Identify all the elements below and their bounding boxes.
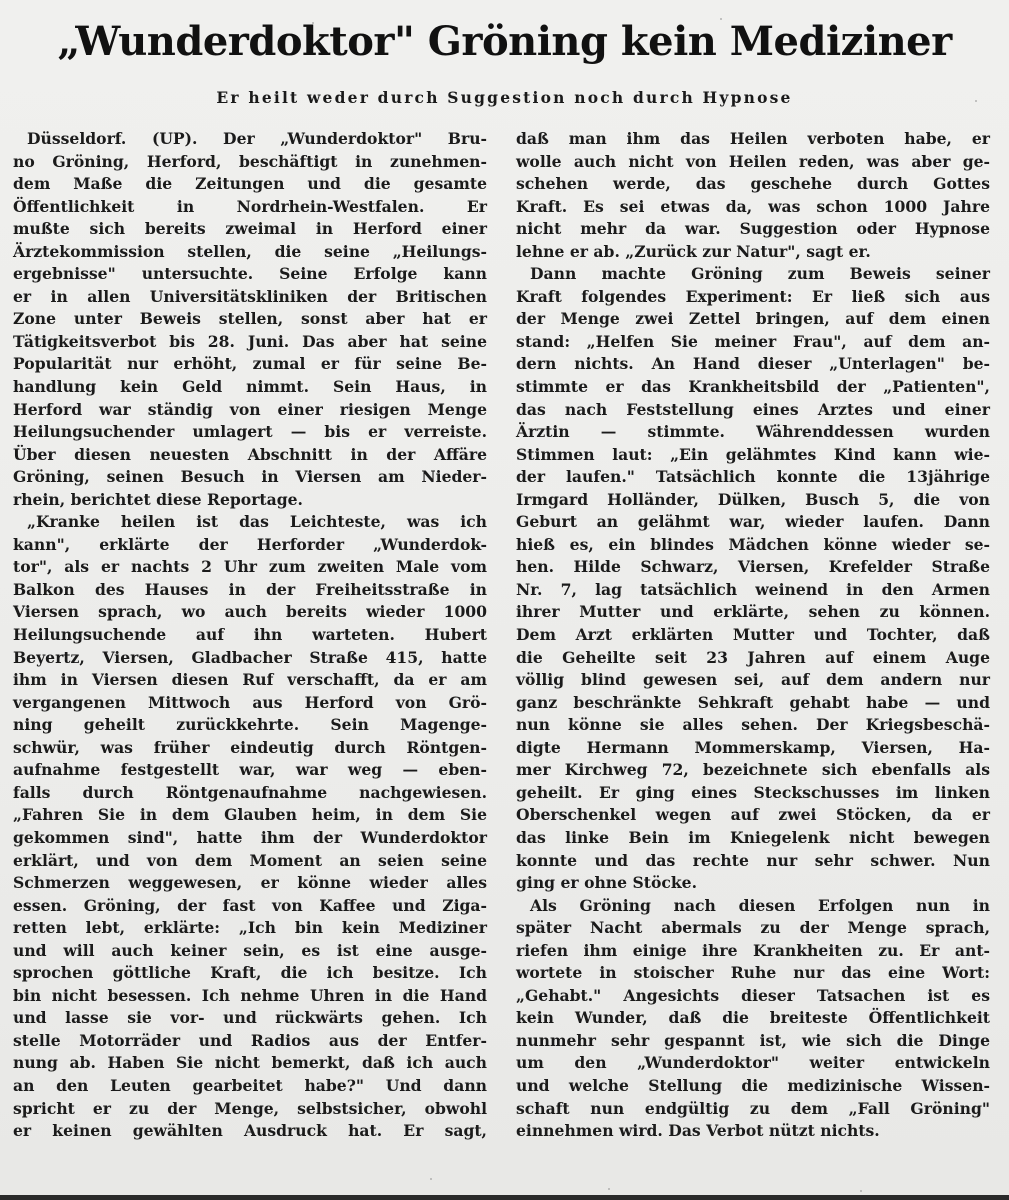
text-line: no Gröning, Herford, beschäftigt in zune… bbox=[13, 151, 487, 174]
text-line: falls durch Röntgenaufnahme nachgewiesen… bbox=[13, 782, 487, 805]
text-line: geheilt. Er ging eines Steckschusses im … bbox=[516, 782, 990, 805]
text-line: schwür, was früher eindeutig durch Röntg… bbox=[13, 737, 487, 760]
text-line: dern nichts. An Hand dieser „Unterlagen"… bbox=[516, 353, 990, 376]
text-line: Kraft. Es sei etwas da, was schon 1000 J… bbox=[516, 196, 990, 219]
scan-edge bbox=[0, 1195, 1009, 1200]
text-line: Nr. 7, lag tatsächlich weinend in den Ar… bbox=[516, 579, 990, 602]
text-line: sprochen göttliche Kraft, die ich besitz… bbox=[13, 962, 487, 985]
text-line: Über diesen neuesten Abschnitt in der Af… bbox=[13, 444, 487, 467]
text-line: daß man ihm das Heilen verboten habe, er bbox=[516, 128, 990, 151]
text-line: nung ab. Haben Sie nicht bemerkt, daß ic… bbox=[13, 1052, 487, 1075]
text-line: vergangenen Mittwoch aus Herford von Grö… bbox=[13, 692, 487, 715]
text-line: handlung kein Geld nimmt. Sein Haus, in bbox=[13, 376, 487, 399]
print-speck bbox=[312, 22, 314, 24]
print-speck bbox=[720, 18, 722, 20]
article-column-right: daß man ihm das Heilen verboten habe, er… bbox=[516, 128, 990, 1143]
text-line: lehne er ab. „Zurück zur Natur", sagt er… bbox=[516, 241, 990, 264]
text-line: Zone unter Beweis stellen, sonst aber ha… bbox=[13, 308, 487, 331]
text-line: hen. Hilde Schwarz, Viersen, Krefelder S… bbox=[516, 556, 990, 579]
text-line: Balkon des Hauses in der Freiheitsstraße… bbox=[13, 579, 487, 602]
print-speck bbox=[27, 160, 29, 162]
text-line: digte Hermann Mommerskamp, Viersen, Ha- bbox=[516, 737, 990, 760]
text-line: einnehmen wird. Das Verbot nützt nichts. bbox=[516, 1120, 990, 1143]
text-line: Geburt an gelähmt war, wieder laufen. Da… bbox=[516, 511, 990, 534]
text-line: „Gehabt." Angesichts dieser Tatsachen is… bbox=[516, 985, 990, 1008]
text-line: Viersen sprach, wo auch bereits wieder 1… bbox=[13, 601, 487, 624]
text-line: nicht mehr da war. Suggestion oder Hypno… bbox=[516, 218, 990, 241]
text-line: essen. Gröning, der fast von Kaffee und … bbox=[13, 895, 487, 918]
text-line: Kraft folgendes Experiment: Er ließ sich… bbox=[516, 286, 990, 309]
text-line: kein Wunder, daß die breiteste Öffentlic… bbox=[516, 1007, 990, 1030]
text-line: Düsseldorf. (UP). Der „Wunderdoktor" Bru… bbox=[13, 128, 487, 151]
print-speck bbox=[860, 1190, 862, 1192]
text-line: Popularität nur erhöht, zumal er für sei… bbox=[13, 353, 487, 376]
text-line: dem Maße die Zeitungen und die gesamte bbox=[13, 173, 487, 196]
text-line: stand: „Helfen Sie meiner Frau", auf dem… bbox=[516, 331, 990, 354]
text-line: retten lebt, erklärte: „Ich bin kein Med… bbox=[13, 917, 487, 940]
text-line: wolle auch nicht von Heilen reden, was a… bbox=[516, 151, 990, 174]
text-line: Irmgard Holländer, Dülken, Busch 5, die … bbox=[516, 489, 990, 512]
text-line: nun könne sie alles sehen. Der Kriegsbes… bbox=[516, 714, 990, 737]
text-line: Stimmen laut: „Ein gelähmtes Kind kann w… bbox=[516, 444, 990, 467]
text-line: „Kranke heilen ist das Leichteste, was i… bbox=[13, 511, 487, 534]
text-line: spricht er zu der Menge, selbstsicher, o… bbox=[13, 1098, 487, 1121]
text-line: ihrer Mutter und erklärte, sehen zu könn… bbox=[516, 601, 990, 624]
text-line: und welche Stellung die medizinische Wis… bbox=[516, 1075, 990, 1098]
text-line: der laufen." Tatsächlich konnte die 13jä… bbox=[516, 466, 990, 489]
text-line: der Menge zwei Zettel bringen, auf dem e… bbox=[516, 308, 990, 331]
text-line: die Geheilte seit 23 Jahren auf einem Au… bbox=[516, 647, 990, 670]
text-line: „Fahren Sie in dem Glauben heim, in dem … bbox=[13, 804, 487, 827]
text-line: Heilungsuchender umlagert — bis er verre… bbox=[13, 421, 487, 444]
article-column-left: Düsseldorf. (UP). Der „Wunderdoktor" Bru… bbox=[13, 128, 487, 1143]
text-line: Beyertz, Viersen, Gladbacher Straße 415,… bbox=[13, 647, 487, 670]
text-line: schaft nun endgültig zu dem „Fall Grönin… bbox=[516, 1098, 990, 1121]
text-line: Ärztin — stimmte. Währenddessen wurden bbox=[516, 421, 990, 444]
text-line: Heilungsuchende auf ihn warteten. Hubert bbox=[13, 624, 487, 647]
text-line: mer Kirchweg 72, bezeichnete sich ebenfa… bbox=[516, 759, 990, 782]
text-line: kann", erklärte der Herforder „Wunderdok… bbox=[13, 534, 487, 557]
text-line: wortete in stoischer Ruhe nur das eine W… bbox=[516, 962, 990, 985]
print-speck bbox=[608, 1188, 610, 1190]
text-line: um den „Wunderdoktor" weiter entwickeln bbox=[516, 1052, 990, 1075]
text-line: Schmerzen weggewesen, er könne wieder al… bbox=[13, 872, 487, 895]
text-line: Dann machte Gröning zum Beweis seiner bbox=[516, 263, 990, 286]
text-line: aufnahme festgestellt war, war weg — ebe… bbox=[13, 759, 487, 782]
text-line: völlig blind gewesen sei, auf dem andern… bbox=[516, 669, 990, 692]
text-line: tor", als er nachts 2 Uhr zum zweiten Ma… bbox=[13, 556, 487, 579]
text-line: nunmehr sehr gespannt ist, wie sich die … bbox=[516, 1030, 990, 1053]
text-line: rhein, berichtet diese Reportage. bbox=[13, 489, 487, 512]
text-line: er keinen gewählten Ausdruck hat. Er sag… bbox=[13, 1120, 487, 1143]
text-line: später Nacht abermals zu der Menge sprac… bbox=[516, 917, 990, 940]
article-headline: „Wunderdoktor" Gröning kein Mediziner bbox=[0, 18, 1009, 65]
text-line: und will auch keiner sein, es ist eine a… bbox=[13, 940, 487, 963]
text-line: riefen ihm einige ihre Krankheiten zu. E… bbox=[516, 940, 990, 963]
text-line: das nach Feststellung eines Arztes und e… bbox=[516, 399, 990, 422]
text-line: hieß es, ein blindes Mädchen könne wiede… bbox=[516, 534, 990, 557]
text-line: ihm in Viersen diesen Ruf verschafft, da… bbox=[13, 669, 487, 692]
text-line: Dem Arzt erklärten Mutter und Tochter, d… bbox=[516, 624, 990, 647]
text-line: gekommen sind", hatte ihm der Wunderdokt… bbox=[13, 827, 487, 850]
text-line: Als Gröning nach diesen Erfolgen nun in bbox=[516, 895, 990, 918]
text-line: ergebnisse" untersuchte. Seine Erfolge k… bbox=[13, 263, 487, 286]
text-line: und lasse sie vor- und rückwärts gehen. … bbox=[13, 1007, 487, 1030]
newspaper-clipping: „Wunderdoktor" Gröning kein Mediziner Er… bbox=[0, 0, 1009, 1200]
print-speck bbox=[975, 100, 977, 102]
text-line: konnte und das rechte nur sehr schwer. N… bbox=[516, 850, 990, 873]
text-line: Herford war ständig von einer riesigen M… bbox=[13, 399, 487, 422]
text-line: ganz beschränkte Sehkraft gehabt habe — … bbox=[516, 692, 990, 715]
text-line: Oberschenkel wegen auf zwei Stöcken, da … bbox=[516, 804, 990, 827]
text-line: Ärztekommission stellen, die seine „Heil… bbox=[13, 241, 487, 264]
text-line: er in allen Universitätskliniken der Bri… bbox=[13, 286, 487, 309]
text-line: Gröning, seinen Besuch in Viersen am Nie… bbox=[13, 466, 487, 489]
text-line: ning geheilt zurückkehrte. Sein Magenge- bbox=[13, 714, 487, 737]
text-line: stimmte er das Krankheitsbild der „Patie… bbox=[516, 376, 990, 399]
text-line: bin nicht besessen. Ich nehme Uhren in d… bbox=[13, 985, 487, 1008]
text-line: an den Leuten gearbeitet habe?" Und dann bbox=[13, 1075, 487, 1098]
text-line: Öffentlichkeit in Nordrhein-Westfalen. E… bbox=[13, 196, 487, 219]
text-line: schehen werde, das geschehe durch Gottes bbox=[516, 173, 990, 196]
text-line: stelle Motorräder und Radios aus der Ent… bbox=[13, 1030, 487, 1053]
text-line: erklärt, und von dem Moment an seien sei… bbox=[13, 850, 487, 873]
print-speck bbox=[430, 1178, 432, 1180]
text-line: mußte sich bereits zweimal in Herford ei… bbox=[13, 218, 487, 241]
text-line: das linke Bein im Kniegelenk nicht beweg… bbox=[516, 827, 990, 850]
text-line: Tätigkeitsverbot bis 28. Juni. Das aber … bbox=[13, 331, 487, 354]
text-line: ging er ohne Stöcke. bbox=[516, 872, 990, 895]
article-subheadline: Er heilt weder durch Suggestion noch dur… bbox=[0, 88, 1009, 107]
